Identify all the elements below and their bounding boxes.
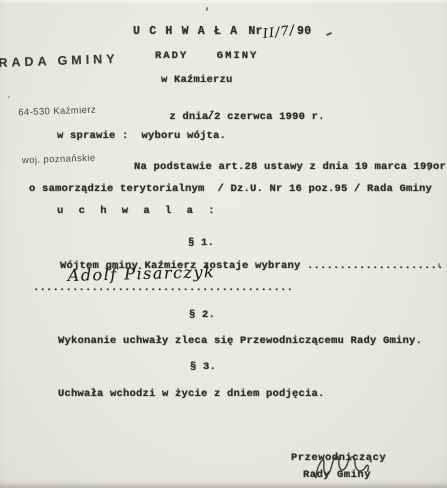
date-prefix: z dnia bbox=[169, 111, 208, 123]
section-2-heading: § 2. bbox=[189, 310, 215, 322]
title-word: U C H W A Ł A bbox=[133, 26, 238, 39]
section-3-heading: § 3. bbox=[190, 362, 216, 374]
scan-noise-speck bbox=[205, 7, 208, 11]
scan-noise-speck bbox=[8, 96, 10, 98]
stamp-region: woj. poznańskie bbox=[22, 152, 122, 166]
stamp-postal-code: 64-530 Kaźmierz bbox=[18, 104, 120, 119]
date-rest: 2 czerwca 1990 r. bbox=[214, 111, 325, 123]
scanned-document-page: RADA GMINY 64-530 Kaźmierz woj. poznańsk… bbox=[0, 0, 447, 488]
sender-stamp: RADA GMINY 64-530 Kaźmierz woj. poznańsk… bbox=[0, 16, 123, 203]
header-place: w Kaźmierzu bbox=[161, 75, 233, 87]
resolution-number-handwritten: II/7/ bbox=[262, 23, 296, 42]
scan-noise-speck bbox=[326, 32, 332, 36]
stamp-org-name: RADA GMINY bbox=[0, 52, 119, 70]
handwritten-signature bbox=[304, 446, 378, 485]
header-council: RADY GMINY bbox=[155, 51, 258, 63]
section-2-text: Wykonanie uchwały zleca się Przewodniczą… bbox=[58, 336, 422, 348]
section-1-dotted-line: ........................................ bbox=[33, 283, 293, 295]
title-nr-label: Nr bbox=[248, 26, 262, 39]
enacting-formula: u c h w a l a : bbox=[57, 206, 219, 218]
preamble-line-1: Na podstawie art.28 ustawy z dnia 19 mar… bbox=[134, 162, 447, 174]
title-year: 90 bbox=[297, 26, 311, 39]
preamble-line-2: o samorządzie terytorialnym / Dz.U. Nr 1… bbox=[29, 184, 432, 196]
subject-line: w sprawie : wyboru wójta. bbox=[57, 131, 226, 143]
section-1-heading: § 1. bbox=[188, 238, 214, 250]
document-title-line: U C H W A Ł A Nr II/7/ 90 bbox=[133, 26, 311, 41]
section-3-text: Uchwała wchodzi w życie z dniem podjęcia… bbox=[58, 389, 325, 401]
